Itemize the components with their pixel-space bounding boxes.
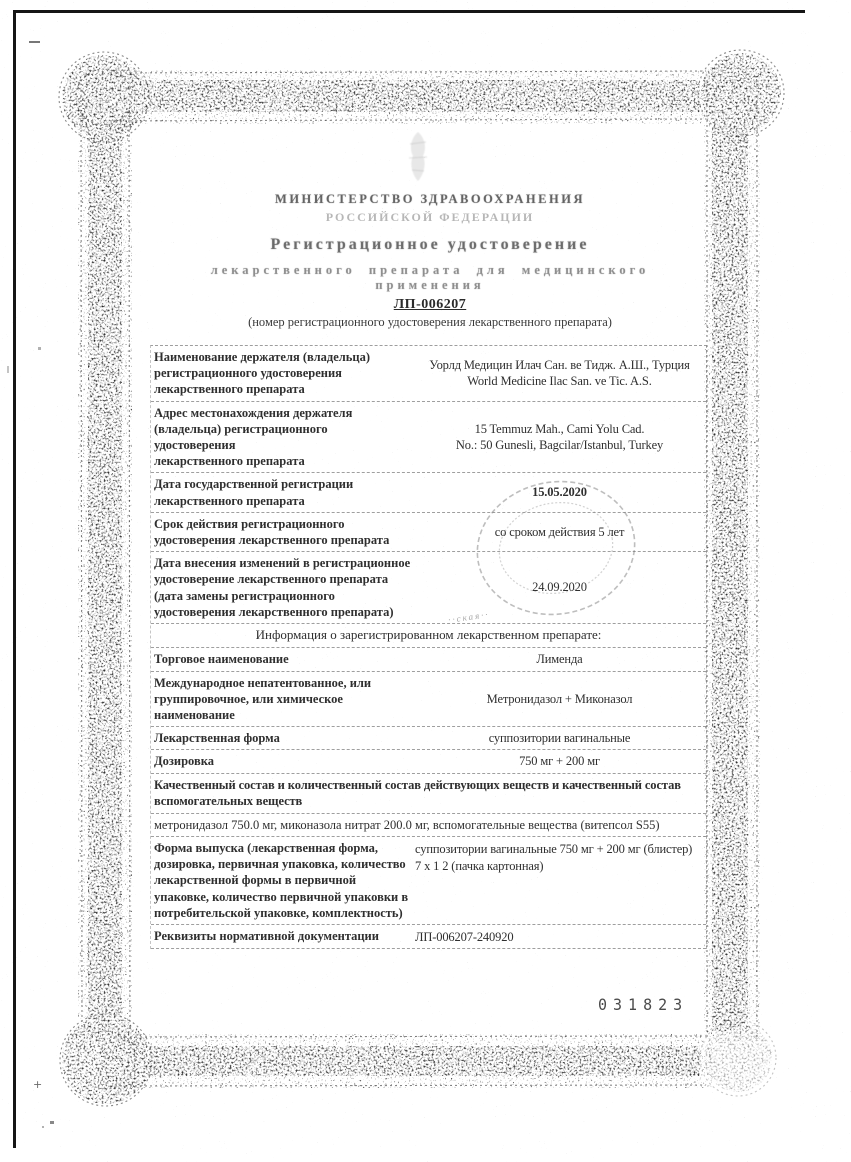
certificate-document-page: МИНИСТЕРСТВО ЗДРАВООХРАНЕНИЯ РОССИЙСКОЙ … [0, 0, 851, 1162]
scan-artifact-dash [29, 41, 40, 43]
row-normative-docs: Реквизиты нормативной документации ЛП-00… [151, 925, 706, 949]
ministry-name-line2: РОССИЙСКОЙ ФЕДЕРАЦИИ [150, 210, 710, 225]
scan-artifact-tick [38, 347, 41, 350]
field-label: Торговое наименование [151, 648, 413, 671]
field-value: суппозитории вагинальные [413, 727, 706, 749]
field-label: Дата внесения изменений в регистрационно… [151, 552, 413, 623]
composition-heading: Качественный состав и количественный сос… [151, 774, 706, 814]
document-title-line1: Регистрационное удостоверение [150, 236, 710, 254]
field-label: Реквизиты нормативной документации [151, 925, 413, 948]
coat-of-arms-emblem [400, 128, 436, 186]
row-dosage-form: Лекарственная форма суппозитории вагинал… [151, 727, 706, 750]
certificate-fields-table: Наименование держателя (владельца) регис… [150, 345, 707, 949]
field-label: Срок действия регистрационного удостовер… [151, 513, 413, 551]
field-label: Дата государственной регистрации лекарст… [151, 473, 413, 511]
row-holder-name: Наименование держателя (владельца) регис… [151, 346, 706, 402]
row-inn-name: Международное непатентованное, или групп… [151, 672, 706, 728]
field-label: Адрес местонахождения держателя (владель… [151, 402, 413, 473]
registration-number: ЛП-006207 [150, 297, 710, 313]
scan-artifact-tick [7, 366, 9, 373]
scan-artifact-cross: + [33, 1078, 42, 1091]
composition-text: метронидазол 750.0 мг, миконазола нитрат… [151, 814, 706, 838]
document-title-line2: лекарственного препарата для медицинског… [150, 263, 710, 293]
row-dosage: Дозировка 750 мг + 200 мг [151, 750, 706, 773]
field-label: Дозировка [151, 750, 413, 772]
row-release-form: Форма выпуска (лекарственная форма, дози… [151, 837, 706, 925]
field-value: ЛП-006207-240920 [413, 925, 706, 948]
scan-artifact-dot [50, 1121, 54, 1124]
ministry-name-line1: МИНИСТЕРСТВО ЗДРАВООХРАНЕНИЯ [150, 192, 710, 207]
registration-number-caption: (номер регистрационного удостоверения ле… [150, 315, 710, 330]
serial-number: 031823 [598, 996, 688, 1015]
field-value: суппозитории вагинальные 750 мг + 200 мг… [413, 837, 706, 924]
field-label: Лекарственная форма [151, 727, 413, 749]
field-value: 750 мг + 200 мг [413, 750, 706, 772]
field-value: Уорлд Медицин Илач Сан. ве Тидж. А.Ш., Т… [413, 346, 706, 401]
field-value: Метронидазол + Миконазол [413, 672, 706, 727]
field-label: Наименование держателя (владельца) регис… [151, 346, 413, 401]
scan-artifact-dot [42, 1126, 44, 1128]
field-label: Международное непатентованное, или групп… [151, 672, 413, 727]
row-trade-name: Торговое наименование Лименда [151, 648, 706, 672]
field-label: Форма выпуска (лекарственная форма, дози… [151, 837, 413, 924]
field-value: Лименда [413, 648, 706, 671]
